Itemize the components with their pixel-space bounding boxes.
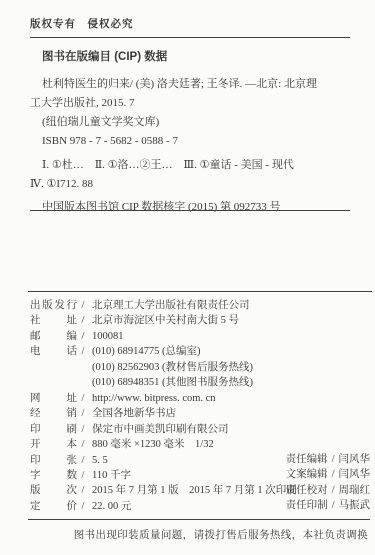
pub-row-separator: /: [80, 453, 86, 468]
cip-classification-line2: Ⅳ. ①I712. 88: [30, 175, 352, 194]
staff-credits: 责任编辑/闫风华 文案编辑/闫风华 责任校对/周瑞红 责任印制/马振武: [286, 452, 370, 514]
pub-row-separator: /: [80, 329, 86, 344]
pub-row-label: [30, 360, 77, 375]
pub-row-phone-2: (010) 82562903 (教材售后服务热线): [30, 360, 372, 375]
pub-row-value: 北京市海淀区中关村南大街 5 号: [92, 313, 239, 328]
pub-row-separator: /: [80, 391, 86, 406]
pub-row-phone-1: 电话/(010) 68914775 (总编室): [30, 344, 372, 359]
pub-row-label: 印刷: [30, 422, 77, 437]
pub-row-label: 网址: [30, 391, 77, 406]
pub-row-value: 保定市中画美凯印刷有限公司: [92, 422, 229, 437]
pub-row-printer: 印刷/保定市中画美凯印刷有限公司: [30, 422, 372, 437]
divider-footer: [28, 519, 370, 520]
pub-row-value: 100081: [92, 329, 124, 344]
pub-row-label: 邮编: [30, 329, 77, 344]
pub-row-separator: [80, 375, 86, 390]
pub-row-website: 网址/http://www. bitpress. com. cn: [30, 391, 372, 406]
pub-row-label: [30, 375, 77, 390]
divider-publishing-top: [28, 291, 372, 292]
staff-separator: /: [332, 452, 335, 467]
quality-service-note: 图书出现印装质量问题，请拨打售后服务热线，本社负责调换: [74, 527, 368, 542]
pub-row-value: 880 毫米 ×1230 毫米 1/32: [92, 437, 214, 452]
pub-row-label: 定价: [30, 499, 77, 514]
pub-row-separator: /: [80, 499, 86, 514]
cip-data-box: 图书在版编目 (CIP) 数据 杜利特医生的归来/ (美) 洛夫廷著; 王冬译.…: [30, 44, 352, 217]
pub-row-separator: /: [80, 313, 86, 328]
pub-row-value: 22. 00 元: [92, 499, 131, 514]
staff-label: 文案编辑: [286, 469, 328, 480]
cip-record-number: 中国版本图书馆 CIP 数据核字 (2015) 第 092733 号: [30, 198, 352, 217]
copyright-notice: 版权专有 侵权必究: [30, 16, 134, 31]
staff-name: 周瑞红: [339, 485, 371, 496]
staff-name: 马振武: [339, 500, 371, 511]
pub-row-value: 全国各地新华书店: [92, 406, 176, 421]
pub-row-label: 版次: [30, 483, 77, 498]
staff-row-print-supervisor: 责任印制/马振武: [286, 498, 370, 513]
pub-row-distribution: 经销/全国各地新华书店: [30, 406, 372, 421]
pub-row-publisher: 出版发行/北京理工大学出版社有限责任公司: [30, 298, 372, 313]
pub-row-value: 北京理工大学出版社有限责任公司: [92, 298, 250, 313]
pub-row-label: 社址: [30, 313, 77, 328]
pub-row-separator: /: [80, 298, 86, 313]
pub-row-label: 经销: [30, 406, 77, 421]
staff-row-proofreader: 责任校对/周瑞红: [286, 483, 370, 498]
pub-row-value: (010) 68948351 (其他图书服务热线): [92, 375, 253, 390]
pub-row-label: 字数: [30, 468, 77, 483]
cip-classification-line1: Ⅰ. ①杜… Ⅱ. ①洛…②王… Ⅲ. ①童话 - 美国 - 现代: [30, 156, 352, 175]
staff-separator: /: [332, 483, 335, 498]
pub-row-value: (010) 68914775 (总编室): [92, 344, 201, 359]
isbn-line: ISBN 978 - 7 - 5682 - 0588 - 7: [30, 132, 352, 151]
staff-name: 闫风华: [339, 469, 371, 480]
pub-row-separator: /: [80, 483, 86, 498]
pub-row-label: 印张: [30, 453, 77, 468]
pub-row-separator: /: [80, 406, 86, 421]
pub-row-label: 开本: [30, 437, 77, 452]
staff-name: 闫风华: [339, 454, 371, 465]
pub-row-postcode: 邮编/100081: [30, 329, 372, 344]
pub-row-address: 社址/北京市海淀区中关村南大街 5 号: [30, 313, 372, 328]
staff-separator: /: [332, 498, 335, 513]
pub-row-separator: /: [80, 344, 86, 359]
pub-row-separator: /: [80, 422, 86, 437]
staff-label: 责任编辑: [286, 454, 328, 465]
staff-separator: /: [332, 467, 335, 482]
pub-row-separator: [80, 360, 86, 375]
pub-row-label: 出版发行: [30, 298, 77, 313]
divider-cip-bottom: [30, 210, 350, 211]
cip-entry-line2: 工大学出版社, 2015. 7: [30, 94, 352, 113]
cip-entry-line1: 杜利特医生的归来/ (美) 洛夫廷著; 王冬译. —北京: 北京理: [30, 75, 352, 94]
staff-row-copy-editor: 文案编辑/闫风华: [286, 467, 370, 482]
pub-row-phone-3: (010) 68948351 (其他图书服务热线): [30, 375, 372, 390]
pub-row-value: 2015 年 7 月第 1 版 2015 年 7 月第 1 次印刷: [92, 483, 297, 498]
staff-label: 责任印制: [286, 500, 328, 511]
pub-row-label: 电话: [30, 344, 77, 359]
pub-row-value: (010) 82562903 (教材售后服务热线): [92, 360, 253, 375]
pub-row-format: 开本/880 毫米 ×1230 毫米 1/32: [30, 437, 372, 452]
cip-title: 图书在版编目 (CIP) 数据: [30, 48, 352, 67]
pub-row-separator: /: [80, 437, 86, 452]
pub-row-value: 5. 5: [92, 453, 108, 468]
staff-label: 责任校对: [286, 485, 328, 496]
staff-row-editor: 责任编辑/闫风华: [286, 452, 370, 467]
pub-row-value: 110 千字: [92, 468, 131, 483]
divider-top: [30, 37, 350, 38]
website-url: http://www. bitpress. com. cn: [92, 391, 216, 406]
pub-row-separator: /: [80, 468, 86, 483]
cip-series-note: (纽伯瑞儿童文学奖文库): [30, 113, 352, 132]
